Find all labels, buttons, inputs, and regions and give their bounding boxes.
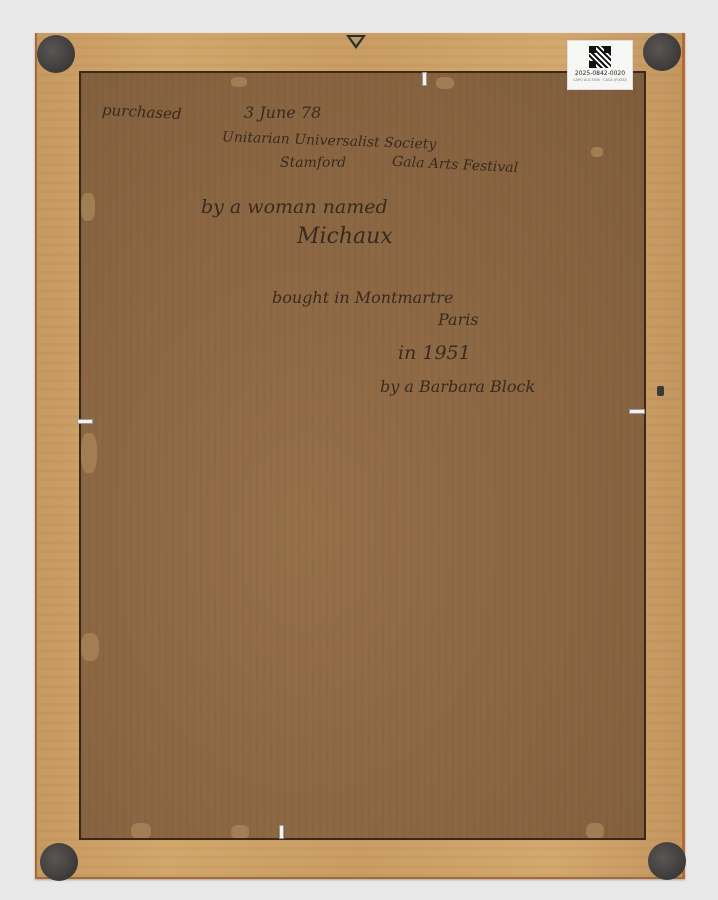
backing-tear xyxy=(131,823,151,839)
backing-tear xyxy=(81,433,97,473)
label-subtext: CAPO AUCTION · CASA (FIXED) xyxy=(568,78,632,83)
backing-tear xyxy=(436,77,454,89)
corner-bumper-bottom-right xyxy=(648,842,686,880)
picture-frame xyxy=(35,33,685,879)
inscription-year: in 1951 xyxy=(398,342,471,364)
corner-bumper-top-right xyxy=(643,33,681,71)
backing-board xyxy=(79,71,646,840)
inscription-artist-name: Michaux xyxy=(297,224,393,249)
inscription-montmartre: bought in Montmartre xyxy=(272,288,453,307)
inventory-label: 2025-0842-0020 CAPO AUCTION · CASA (FIXE… xyxy=(567,40,633,90)
inscription-date: 3 June 78 xyxy=(244,103,321,122)
backing-tear xyxy=(231,825,249,839)
corner-bumper-bottom-left xyxy=(40,843,78,881)
side-hook xyxy=(657,386,664,396)
inscription-barbara-block: by a Barbara Block xyxy=(380,377,535,396)
inscription-stamford: Stamford xyxy=(280,155,346,171)
backing-tear xyxy=(231,77,247,87)
backing-tear xyxy=(81,193,95,221)
staple xyxy=(279,825,284,839)
inventory-number: 2025-0842-0020 xyxy=(568,70,632,78)
inscription-woman-named: by a woman named xyxy=(201,196,388,218)
staple xyxy=(422,72,427,86)
backing-tear xyxy=(591,147,603,157)
staple xyxy=(629,409,645,414)
backing-tear xyxy=(81,633,99,661)
corner-bumper-top-left xyxy=(37,35,75,73)
inscription-paris: Paris xyxy=(438,310,479,329)
backing-tear xyxy=(586,823,604,839)
qr-code-icon xyxy=(589,46,611,68)
staple xyxy=(77,419,93,424)
